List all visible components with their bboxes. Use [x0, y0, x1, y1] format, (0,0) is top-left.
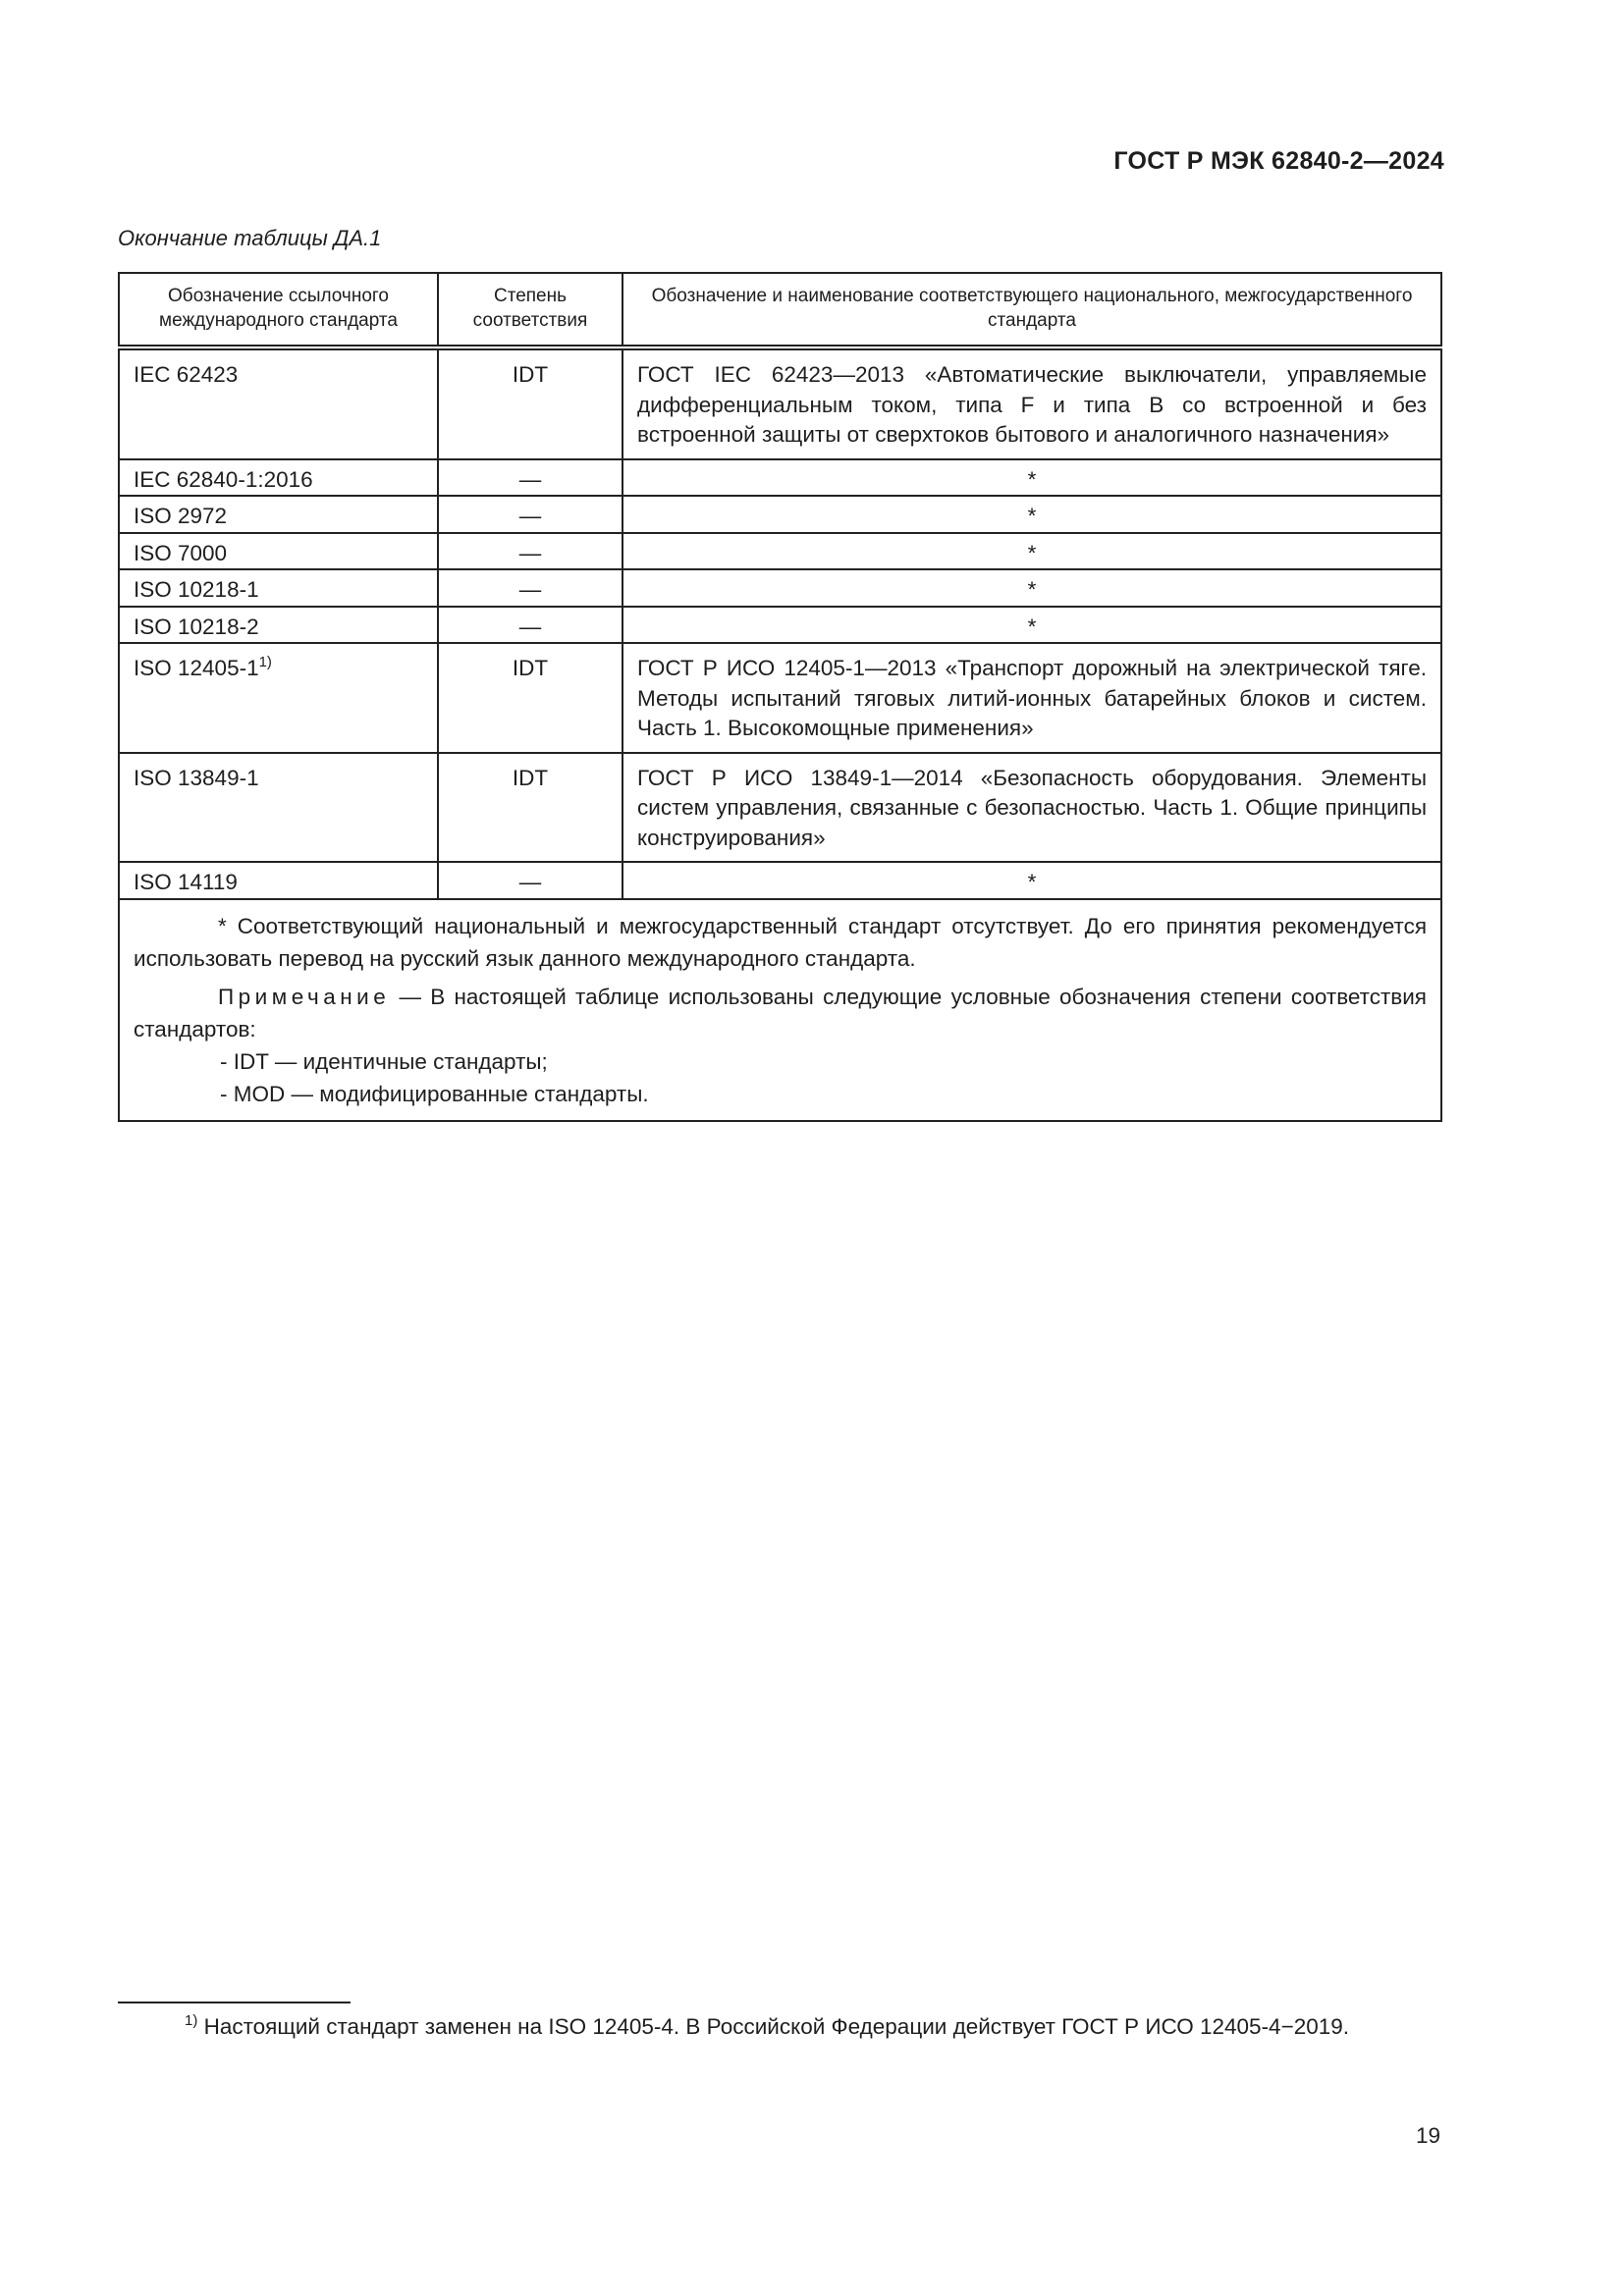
table-row: ISO 13849-1 IDT ГОСТ Р ИСО 13849-1—2014 … — [119, 753, 1441, 863]
column-header-international-standard: Обозначение ссылочного международного ст… — [119, 273, 438, 347]
cell-standard: ISO 10218-2 — [119, 607, 438, 644]
cell-standard: IEC 62840-1:2016 — [119, 459, 438, 497]
table-notes: * Соответствующий национальный и межгосу… — [119, 899, 1441, 1121]
cell-degree: — — [438, 607, 623, 644]
note-item-mod: - MOD — модифицированные стандарты. — [134, 1078, 1427, 1110]
table-row: ISO 14119 — * — [119, 862, 1441, 899]
cell-national: * — [623, 496, 1441, 533]
column-header-national-standard: Обозначение и наименование соответствующ… — [623, 273, 1441, 347]
note-item-idt: - IDT — идентичные стандарты; — [134, 1045, 1427, 1078]
cell-degree: IDT — [438, 753, 623, 863]
footnote-mark: 1) — [185, 2012, 197, 2029]
cell-degree: — — [438, 496, 623, 533]
table-row: ISO 10218-2 — * — [119, 607, 1441, 644]
cell-degree: IDT — [438, 643, 623, 753]
table-row: ISO 2972 — * — [119, 496, 1441, 533]
footnote-text: Настоящий стандарт заменен на ISO 12405-… — [197, 2014, 1349, 2039]
cell-standard: ISO 13849-1 — [119, 753, 438, 863]
table-row: ISO 12405-11) IDT ГОСТ Р ИСО 12405-1—201… — [119, 643, 1441, 753]
asterisk-note: * Соответствующий национальный и межгосу… — [134, 910, 1427, 975]
cell-national: * — [623, 862, 1441, 899]
cell-national: ГОСТ Р ИСО 12405-1—2013 «Транспорт дорож… — [623, 643, 1441, 753]
cell-degree: — — [438, 459, 623, 497]
standards-correspondence-table: Обозначение ссылочного международного ст… — [118, 272, 1442, 1122]
cell-degree: — — [438, 862, 623, 899]
cell-standard: ISO 7000 — [119, 533, 438, 570]
cell-standard: ISO 2972 — [119, 496, 438, 533]
cell-standard: ISO 10218-1 — [119, 569, 438, 607]
note-label: Примечание — [218, 985, 390, 1009]
cell-degree: — — [438, 533, 623, 570]
table-header-row: Обозначение ссылочного международного ст… — [119, 273, 1441, 347]
cell-national: ГОСТ Р ИСО 13849-1—2014 «Безопасность об… — [623, 753, 1441, 863]
table-row: IEC 62423 IDT ГОСТ IEC 62423—2013 «Автом… — [119, 347, 1441, 459]
document-code: ГОСТ Р МЭК 62840-2—2024 — [1113, 147, 1444, 176]
table-row: IEC 62840-1:2016 — * — [119, 459, 1441, 497]
footnote-divider — [118, 2002, 351, 2003]
cell-national: ГОСТ IEC 62423—2013 «Автоматические выкл… — [623, 347, 1441, 459]
cell-degree: — — [438, 569, 623, 607]
table-caption: Окончание таблицы ДА.1 — [118, 226, 381, 251]
cell-national: * — [623, 607, 1441, 644]
column-header-degree: Степень соответствия — [438, 273, 623, 347]
table-row: ISO 10218-1 — * — [119, 569, 1441, 607]
cell-standard: ISO 12405-11) — [119, 643, 438, 753]
cell-degree: IDT — [438, 347, 623, 459]
cell-national: * — [623, 459, 1441, 497]
footnote-reference: 1) — [259, 654, 272, 670]
cell-national: * — [623, 569, 1441, 607]
footnote: 1) Настоящий стандарт заменен на ISO 124… — [118, 2010, 1440, 2043]
table-row: ISO 7000 — * — [119, 533, 1441, 570]
cell-standard: IEC 62423 — [119, 347, 438, 459]
cell-standard: ISO 14119 — [119, 862, 438, 899]
page-number: 19 — [1416, 2123, 1440, 2149]
note-paragraph: Примечание — В настоящей таблице использ… — [134, 981, 1427, 1045]
table-notes-row: * Соответствующий национальный и межгосу… — [119, 899, 1441, 1121]
cell-national: * — [623, 533, 1441, 570]
